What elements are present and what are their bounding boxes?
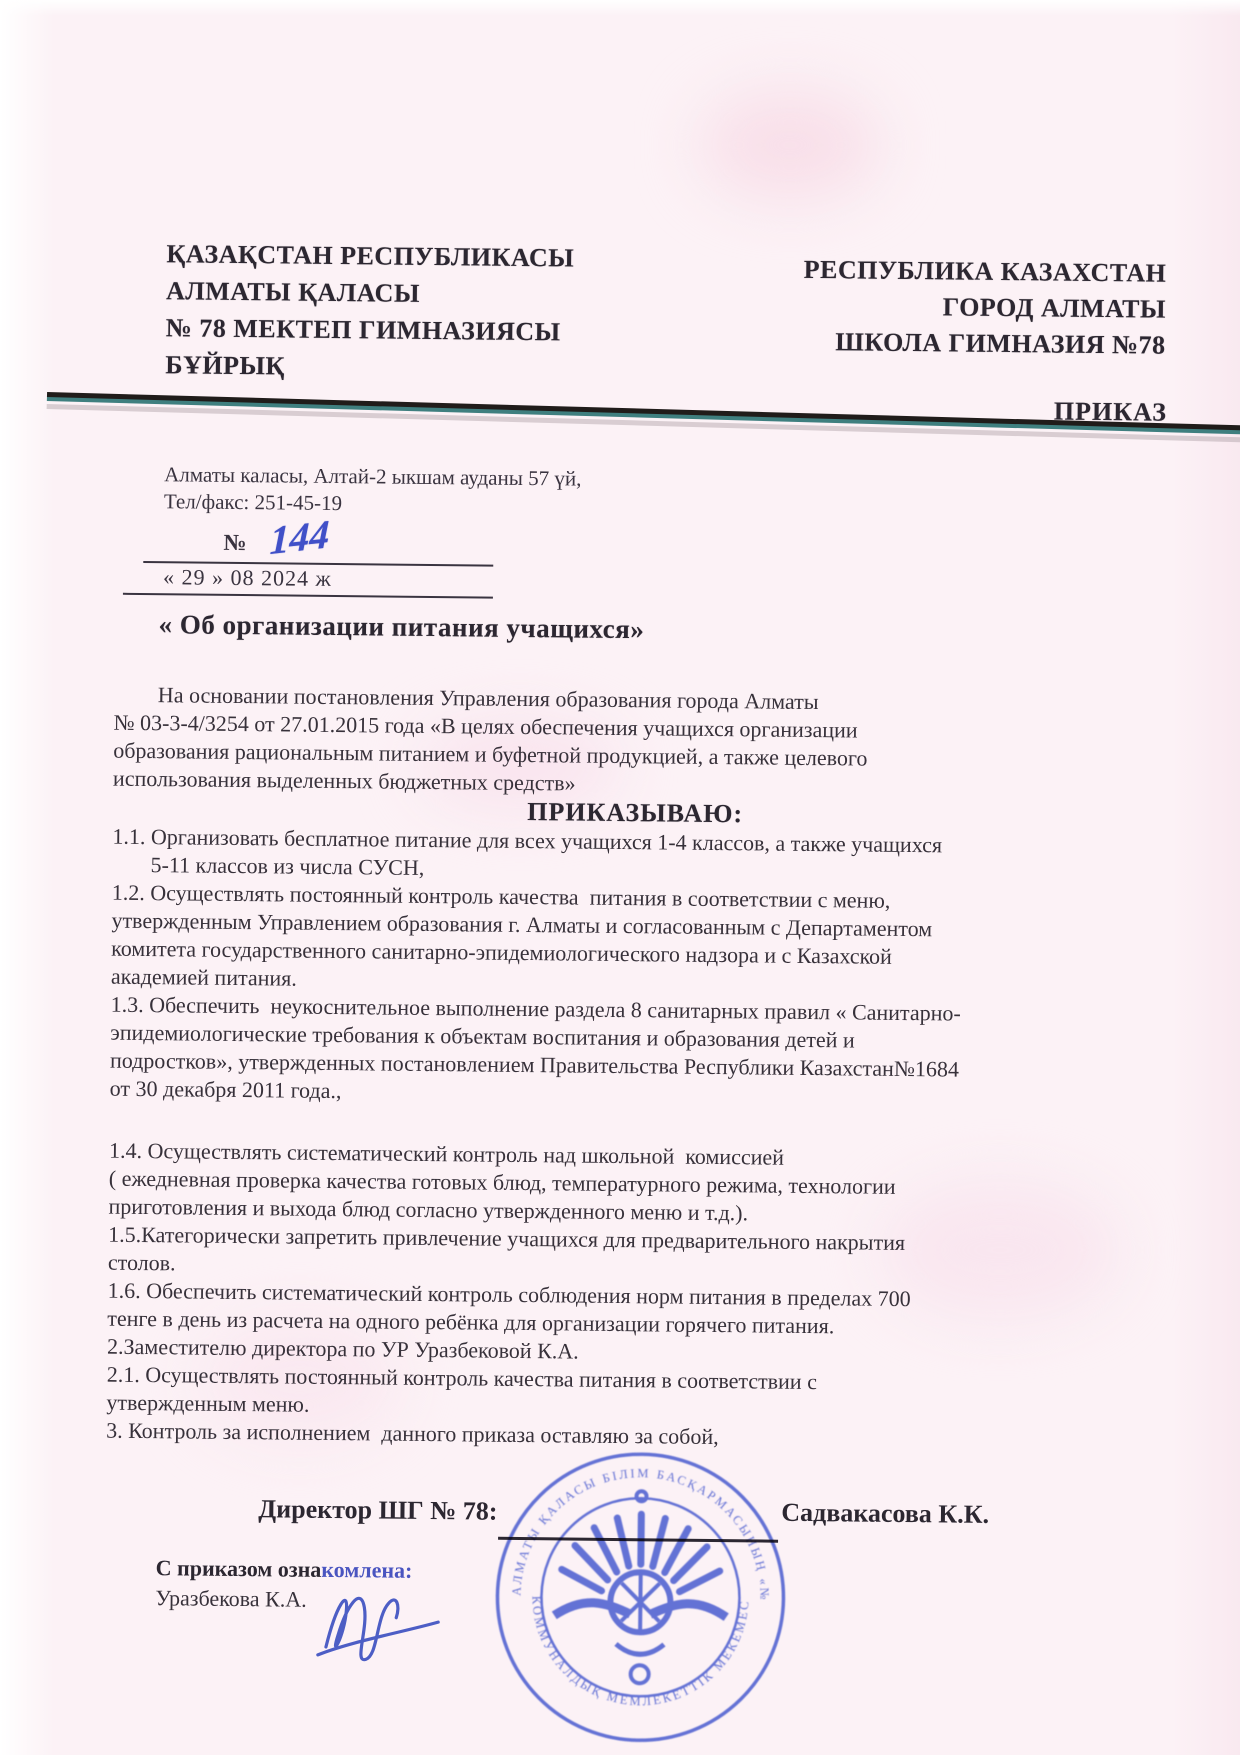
letterhead-russian: РЕСПУБЛИКА КАЗАХСТАН ГОРОД АЛМАТЫ ШКОЛА … [645, 250, 1166, 363]
order-item-1-4: 1.4. Осуществлять систематический контро… [108, 1137, 1154, 1232]
preamble-paragraph: На основании постановления Управления об… [113, 681, 1159, 804]
director-name: Садвакасова К.К. [781, 1498, 989, 1530]
order-number-row: № 144 [143, 521, 493, 567]
subject-title: « Об организации питания учащихся» [158, 609, 644, 645]
order-item-1-2: 1.2. Осуществлять постоянный контроль ка… [111, 879, 1157, 1002]
letterhead-line: АЛМАТЫ ҚАЛАСЫ [166, 272, 586, 313]
letterhead-line: № 78 МЕКТЕП ГИМНАЗИЯСЫ [166, 309, 586, 350]
handwritten-order-number: 144 [270, 519, 330, 556]
document-content: ҚАЗАҚСТАН РЕСПУБЛИКАСЫ АЛМАТЫ ҚАЛАСЫ № 7… [0, 0, 1240, 1755]
letterhead-line: ШКОЛА ГИМНАЗИЯ №78 [645, 322, 1165, 363]
letterhead-line: БҰЙРЫҚ [165, 346, 585, 387]
address-line: Алматы каласы, Алтай-2 ыкшам ауданы 57 ү… [164, 461, 581, 492]
ack-prefix: С приказом озна [156, 1555, 322, 1582]
director-label: Директор ШГ № 78: [258, 1494, 497, 1527]
signature-scribble-icon [312, 1565, 453, 1676]
letterhead-kazakh: ҚАЗАҚСТАН РЕСПУБЛИКАСЫ АЛМАТЫ ҚАЛАСЫ № 7… [165, 235, 587, 387]
body-column: На основании постановления Управления об… [106, 681, 1159, 1456]
order-item-1-3: 1.3. Обеспечить неукоснительное выполнен… [110, 991, 1156, 1114]
scanned-document-page: ҚАЗАҚСТАН РЕСПУБЛИКАСЫ АЛМАТЫ ҚАЛАСЫ № 7… [0, 0, 1240, 1755]
number-sign: № [223, 530, 246, 555]
letterhead-line: РЕСПУБЛИКА КАЗАХСТАН [646, 250, 1166, 291]
svg-text:АЛМАТЫ ҚАЛАСЫ БІЛІМ БАСҚАРМАСЫ: АЛМАТЫ ҚАЛАСЫ БІЛІМ БАСҚАРМАСЫНЫҢ «№ 78 … [489, 1446, 773, 1603]
letterhead-line: ГОРОД АЛМАТЫ [646, 286, 1166, 327]
letterhead-line: ҚАЗАҚСТАН РЕСПУБЛИКАСЫ [166, 235, 586, 276]
order-date-row: « 29 » 08 2024 ж [123, 563, 493, 599]
phone-line: Тел/факс: 251-45-19 [164, 488, 581, 519]
round-stamp: АЛМАТЫ ҚАЛАСЫ БІЛІМ БАСҚАРМАСЫНЫҢ «№ 78 … [489, 1446, 792, 1749]
stamp-text-top: АЛМАТЫ ҚАЛАСЫ БІЛІМ БАСҚАРМАСЫНЫҢ «№ 78 … [489, 1446, 773, 1603]
acknowledgement-name: Уразбекова К.А. [155, 1585, 307, 1613]
address-block: Алматы каласы, Алтай-2 ыкшам ауданы 57 ү… [163, 461, 582, 599]
